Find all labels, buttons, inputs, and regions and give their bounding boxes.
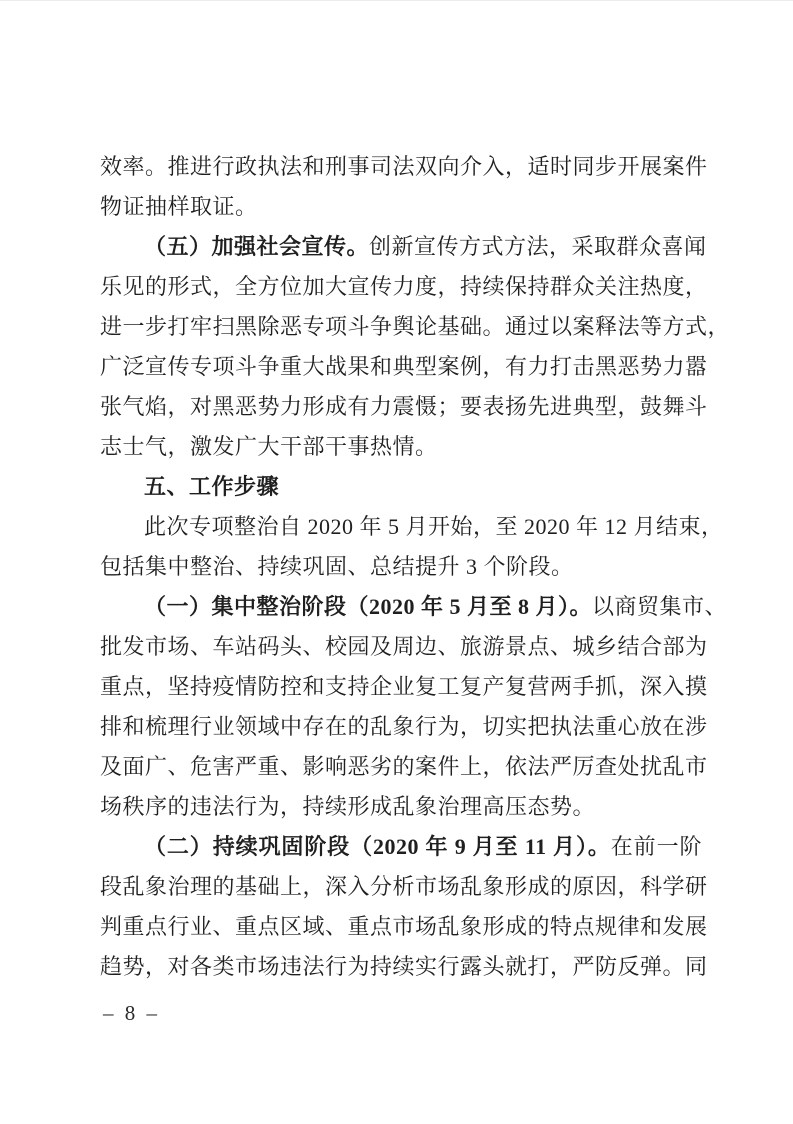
section-lead-bold: （二）持续巩固阶段（2020 年 9 月至 11 月）。 bbox=[144, 834, 611, 859]
line-text: 创新宣传方式方法，采取群众喜闻 bbox=[369, 234, 707, 259]
paragraph-line: 志士气，激发广大干部干事热情。 bbox=[100, 427, 702, 467]
paragraph-line: 趋势，对各类市场违法行为持续实行露头就打，严防反弹。同 bbox=[100, 947, 702, 987]
line-text: 乐见的形式，全方位加大宣传力度，持续保持群众关注热度， bbox=[100, 274, 708, 299]
page-number: – 8 – bbox=[103, 1001, 160, 1026]
paragraph-line: 广泛宣传专项斗争重大战果和典型案例，有力打击黑恶势力嚣 bbox=[100, 347, 702, 387]
line-text: 段乱象治理的基础上，深入分析市场乱象形成的原因，科学研 bbox=[100, 874, 708, 899]
paragraph-line: （一）集中整治阶段（2020 年 5 月至 8 月）。以商贸集市、 bbox=[100, 587, 702, 627]
line-text: 批发市场、车站码头、校园及周边、旅游景点、城乡结合部为 bbox=[100, 634, 708, 659]
section-lead-bold: （五）加强社会宣传。 bbox=[144, 234, 369, 259]
paragraph-line: 进一步打牢扫黑除恶专项斗争舆论基础。通过以案释法等方式， bbox=[100, 307, 702, 347]
paragraph-line: 重点，坚持疫情防控和支持企业复工复产复营两手抓，深入摸 bbox=[100, 667, 702, 707]
paragraph-line: 排和梳理行业领域中存在的乱象行为，切实把执法重心放在涉 bbox=[100, 707, 702, 747]
paragraph-line: 场秩序的违法行为，持续形成乱象治理高压态势。 bbox=[100, 787, 702, 827]
paragraph-line: 效率。推进行政执法和刑事司法双向介入，适时同步开展案件 bbox=[100, 147, 702, 187]
line-text: 此次专项整治自 2020 年 5 月开始，至 2020 年 12 月结束， bbox=[144, 514, 724, 539]
line-text: 判重点行业、重点区域、重点市场乱象形成的特点规律和发展 bbox=[100, 914, 708, 939]
line-text: 场秩序的违法行为，持续形成乱象治理高压态势。 bbox=[100, 794, 595, 819]
paragraph-line: （五）加强社会宣传。创新宣传方式方法，采取群众喜闻 bbox=[100, 227, 702, 267]
paragraph-line: （二）持续巩固阶段（2020 年 9 月至 11 月）。在前一阶 bbox=[100, 827, 702, 867]
line-text: 趋势，对各类市场违法行为持续实行露头就打，严防反弹。同 bbox=[100, 954, 708, 979]
line-text: 张气焰，对黑恶势力形成有力震慑；要表扬先进典型，鼓舞斗 bbox=[100, 394, 708, 419]
paragraph-line: 批发市场、车站码头、校园及周边、旅游景点、城乡结合部为 bbox=[100, 627, 702, 667]
section-heading: 五、工作步骤 bbox=[100, 467, 702, 507]
body-text: 效率。推进行政执法和刑事司法双向介入，适时同步开展案件 物证抽样取证。 （五）加… bbox=[100, 147, 702, 987]
paragraph-line: 判重点行业、重点区域、重点市场乱象形成的特点规律和发展 bbox=[100, 907, 702, 947]
line-text: 重点，坚持疫情防控和支持企业复工复产复营两手抓，深入摸 bbox=[100, 674, 708, 699]
line-text: 进一步打牢扫黑除恶专项斗争舆论基础。通过以案释法等方式， bbox=[100, 314, 730, 339]
line-text: 效率。推进行政执法和刑事司法双向介入，适时同步开展案件 bbox=[100, 154, 708, 179]
line-text: 物证抽样取证。 bbox=[100, 194, 258, 219]
line-text: 以商贸集市、 bbox=[592, 594, 727, 619]
paragraph-line: 乐见的形式，全方位加大宣传力度，持续保持群众关注热度， bbox=[100, 267, 702, 307]
section-lead-bold: （一）集中整治阶段（2020 年 5 月至 8 月）。 bbox=[144, 594, 592, 619]
line-text: 及面广、危害严重、影响恶劣的案件上，依法严厉查处扰乱市 bbox=[100, 754, 708, 779]
section-heading-text: 五、工作步骤 bbox=[144, 474, 279, 499]
paragraph-line: 包括集中整治、持续巩固、总结提升 3 个阶段。 bbox=[100, 547, 702, 587]
paragraph-line: 张气焰，对黑恶势力形成有力震慑；要表扬先进典型，鼓舞斗 bbox=[100, 387, 702, 427]
paragraph-line: 段乱象治理的基础上，深入分析市场乱象形成的原因，科学研 bbox=[100, 867, 702, 907]
paragraph-line: 及面广、危害严重、影响恶劣的案件上，依法严厉查处扰乱市 bbox=[100, 747, 702, 787]
line-text: 广泛宣传专项斗争重大战果和典型案例，有力打击黑恶势力嚣 bbox=[100, 354, 708, 379]
line-text: 在前一阶 bbox=[611, 834, 702, 859]
paragraph-line: 物证抽样取证。 bbox=[100, 187, 702, 227]
paragraph-line: 此次专项整治自 2020 年 5 月开始，至 2020 年 12 月结束， bbox=[100, 507, 702, 547]
line-text: 志士气，激发广大干部干事热情。 bbox=[100, 434, 438, 459]
document-page: 效率。推进行政执法和刑事司法双向介入，适时同步开展案件 物证抽样取证。 （五）加… bbox=[0, 0, 793, 1124]
line-text: 排和梳理行业领域中存在的乱象行为，切实把执法重心放在涉 bbox=[100, 714, 708, 739]
line-text: 包括集中整治、持续巩固、总结提升 3 个阶段。 bbox=[100, 554, 574, 579]
